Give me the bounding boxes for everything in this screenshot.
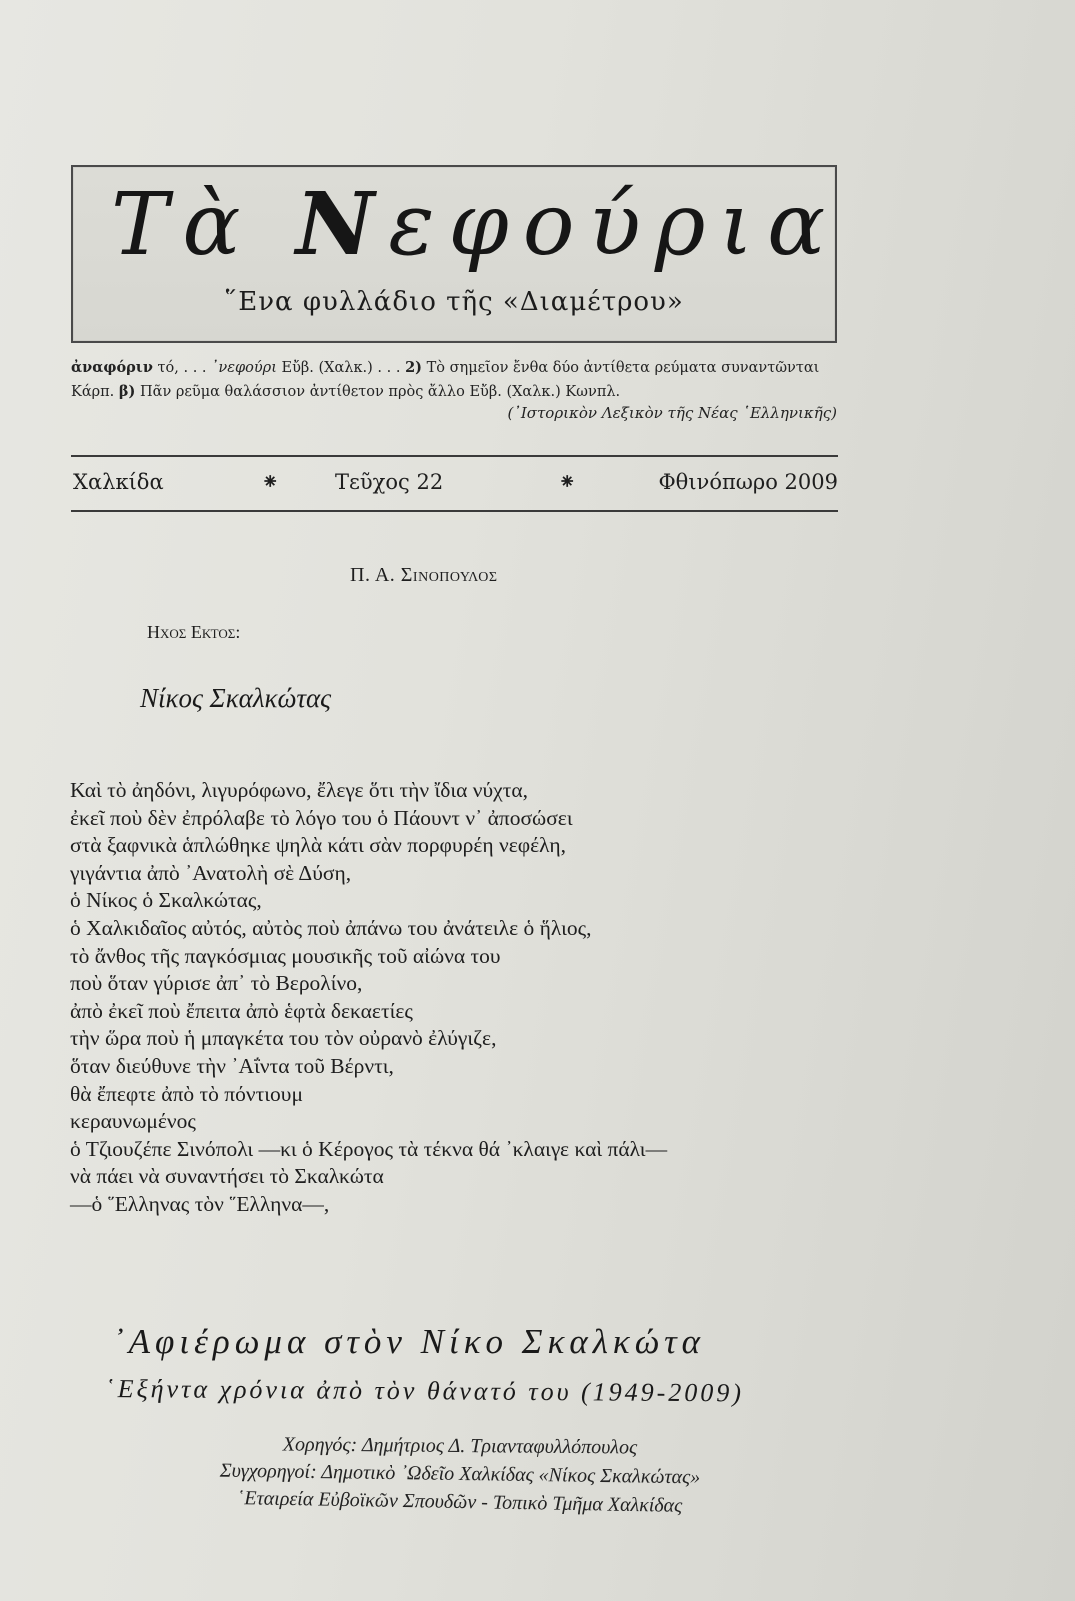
dedication-title: ᾽Αφιέρωμα στὸν Νίκο Σκαλκώτα bbox=[112, 1322, 705, 1362]
definition-part-4: Πᾶν ρεῦμα θαλάσσιον ἀντίθετον πρὸς ἄλλο … bbox=[135, 384, 620, 400]
document-page: Τὰ Νεφούρια ῞Ενα φυλλάδιο τῆς «Διαμέτρου… bbox=[0, 0, 1075, 1601]
poem-line: ἀπὸ ἐκεῖ ποὺ ἔπειτα ἀπὸ ἑφτὰ δεκαετίες bbox=[70, 998, 850, 1026]
definition-sense-beta: β) bbox=[119, 383, 136, 400]
poem-line: ὅταν διεύθυνε τὴν ᾽Αΐντα τοῦ Βέρντι, bbox=[70, 1053, 850, 1081]
issue-info-bar: Χαλκίδα ⁕ Τεῦχος 22 ⁕ Φθινόπωρο 2009 bbox=[71, 466, 838, 500]
dedication-subtitle: ῾Εξήντα χρόνια ἀπὸ τὸν θάνατό του (1949-… bbox=[106, 1374, 744, 1408]
masthead-subtitle: ῞Ενα φυλλάδιο τῆς «Διαμέτρου» bbox=[73, 287, 835, 317]
bottom-rule bbox=[71, 510, 838, 512]
poem-line: τὴν ὥρα ποὺ ἡ μπαγκέτα του τὸν οὐρανὸ ἐλ… bbox=[70, 1025, 850, 1053]
masthead-box: Τὰ Νεφούρια ῞Ενα φυλλάδιο τῆς «Διαμέτρου… bbox=[71, 165, 837, 343]
poem-line: νὰ πάει νὰ συναντήσει τὸ Σκαλκώτα bbox=[70, 1163, 850, 1191]
definition-text: ἀναφόριν τό, . . . ᾿νεφούρι Εὔβ. (Χαλκ.)… bbox=[71, 356, 841, 404]
poem-line: γιγάντια ἀπὸ ᾽Ανατολὴ σὲ Δύση, bbox=[70, 860, 850, 888]
poem-line: ἐκεῖ ποὺ δὲν ἐπρόλαβε τὸ λόγο του ὁ Πάου… bbox=[70, 805, 850, 833]
definition-headword: ἀναφόριν bbox=[71, 359, 153, 376]
issue-place: Χαλκίδα bbox=[73, 470, 164, 494]
poem-line: —ὁ ῞Ελληνας τὸν ῞Ελληνα—, bbox=[70, 1191, 850, 1219]
poem-line: ὁ Νίκος ὁ Σκαλκώτας, bbox=[70, 887, 850, 915]
sponsors-block: Χορηγός: Δημήτριος Δ. Τριανταφυλλόπουλος… bbox=[110, 1432, 810, 1516]
poem-line: Καὶ τὸ ἀηδόνι, λιγυρόφωνο, ἔλεγε ὅτι τὴν… bbox=[70, 777, 850, 805]
masthead-title-initial: Ν bbox=[296, 174, 389, 275]
issue-season: Φθινόπωρο 2009 bbox=[658, 470, 838, 494]
definition-source: (᾿Ιστορικὸν Λεξικὸν τῆς Νέας ῾Ελληνικῆς) bbox=[71, 404, 837, 422]
poem-line: κεραυνωμένος bbox=[70, 1108, 850, 1136]
top-rule bbox=[71, 455, 838, 457]
masthead-title: Τὰ Νεφούρια bbox=[111, 173, 811, 277]
article-mode: Ηχος Εκτος: bbox=[147, 622, 240, 643]
definition-variant: ᾿νεφούρι bbox=[211, 360, 277, 376]
poem-title: Νίκος Σκαλκώτας bbox=[140, 683, 331, 714]
issue-number: Τεῦχος 22 bbox=[335, 470, 443, 494]
asterisk-separator-icon: ⁕ bbox=[558, 470, 576, 495]
poem-line: ὁ Χαλκιδαῖος αὐτός, αὐτὸς ποὺ ἀπάνω του … bbox=[70, 915, 850, 943]
definition-sense-2: 2) bbox=[405, 359, 422, 376]
poem-line: ποὺ ὅταν γύρισε ἀπ᾽ τὸ Βερολίνο, bbox=[70, 970, 850, 998]
poem-line: θὰ ἔπεφτε ἀπὸ τὸ πόντιουμ bbox=[70, 1081, 850, 1109]
definition-part-1: τό, . . . bbox=[153, 360, 211, 376]
asterisk-separator-icon: ⁕ bbox=[261, 470, 279, 495]
poem-line: ὁ Τζιουζέπε Σινόπολι —κι ὁ Κέρογος τὰ τέ… bbox=[70, 1136, 850, 1164]
poem-body: Καὶ τὸ ἀηδόνι, λιγυρόφωνο, ἔλεγε ὅτι τὴν… bbox=[70, 777, 850, 1219]
article-author: Π. Α. Σινοπουλος bbox=[350, 564, 497, 587]
poem-line: τὸ ἄνθος τῆς παγκόσμιας μουσικῆς τοῦ αἰώ… bbox=[70, 943, 850, 971]
definition-part-2: Εὔβ. (Χαλκ.) . . . bbox=[277, 360, 405, 376]
masthead-title-prefix: Τὰ bbox=[111, 175, 296, 275]
poem-line: στὰ ξαφνικὰ ἁπλώθηκε ψηλὰ κάτι σὰν πορφυ… bbox=[70, 832, 850, 860]
masthead-title-rest: εφούρια bbox=[388, 175, 839, 275]
